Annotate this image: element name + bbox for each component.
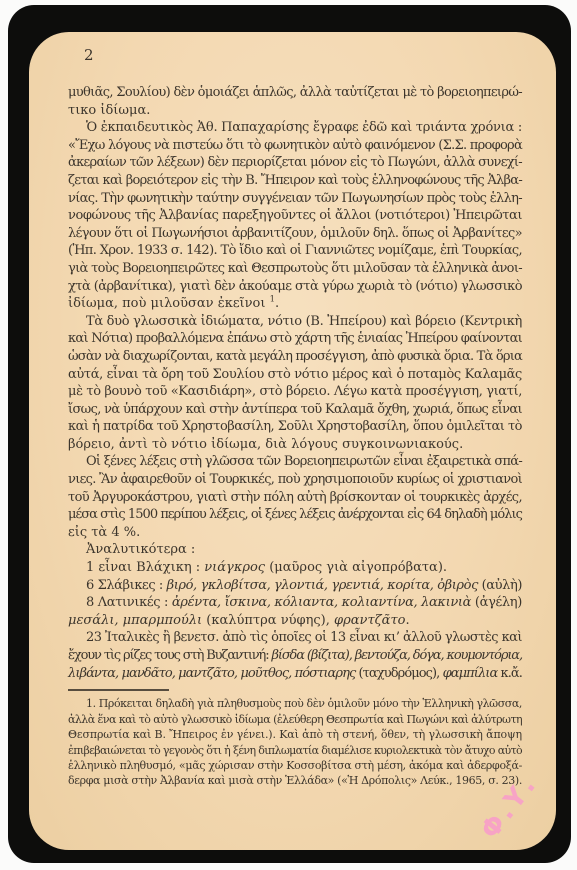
text-line: τικο ἰδίωμα.	[68, 102, 522, 120]
text-line: ἔχουν τὶς ρίζες τους στὴ Βυζαντινή: βίσδ…	[68, 647, 522, 665]
text-line: καὶ Νότια) προβαλλόμενα ἐπάνω στὸ χάρτη …	[68, 330, 522, 348]
text-line: μέσα στὶς 1500 περίπου λέξεις, οἱ ξένες …	[68, 506, 522, 524]
text-line: δερφα μισὰ στὴν Ἀλβανία καὶ μισὰ στὴν Ἑλ…	[68, 773, 522, 788]
text-line: γιὰ τοὺς Βορειοηπειρῶτες καὶ Θεσπρωτοὺς …	[68, 260, 522, 278]
text-line: 23 Ἰταλικὲς ἢ βενετσ. ἀπὸ τὶς ὁποῖες οἱ …	[68, 629, 522, 647]
text-line: μυθιᾶς, Σουλίου) δὲν ὁμοιάζει ἁπλῶς, ἀλλ…	[68, 84, 522, 102]
text-line: νίας. Τὴν φωνητικὴν ταύτην συγγένειαν τῶ…	[68, 190, 522, 208]
text-line: νιες. Ἂν ἀφαιρεθοῦν οἱ Τουρκικές, ποὺ χρ…	[68, 471, 522, 489]
text-line: ἀλλὰ ἕνα καὶ τὸ αὐτὸ γλωσσικὸ ἰδίωμα (ἐλ…	[68, 712, 522, 727]
page-number: 2	[84, 46, 556, 64]
book-page: 2 μυθιᾶς, Σουλίου) δὲν ὁμοιάζει ἁπλῶς, ἀ…	[29, 32, 556, 850]
text-line: μὲ τὸ βουνὸ τοῦ «Κασιδιάρη», στὸ βόρειο.…	[68, 383, 522, 401]
text-line: «Ἔχω λόγους νὰ πιστεύω ὅτι τὸ φωνητικὸν …	[68, 137, 522, 155]
text-line: ὡσὰν νὰ διαχωρίζονται, κατὰ μεγάλη προσέ…	[68, 348, 522, 366]
photo-backdrop: 2 μυθιᾶς, Σουλίου) δὲν ὁμοιάζει ἁπλῶς, ἀ…	[8, 5, 571, 863]
text-line: 1. Πρόκειται δηλαδὴ γιὰ πληθυσμοὺς ποὺ δ…	[68, 696, 522, 711]
text-line: Θεσπρωτία καὶ Β. Ἤπειρος ἐν γένει.). Καὶ…	[68, 727, 522, 742]
text-line: καὶ ἡ πατρίδα τοῦ Χρηστοβασίλη, Σοῦλι Χρ…	[68, 418, 522, 436]
text-line: εἰς τὰ 4 %.	[68, 524, 522, 542]
text-line: ἐπιβεβαιώνεται τὸ γεγονὸς ὅτι ἡ ξένη διπ…	[68, 743, 522, 758]
text-line: αὐτά, εἶναι τὰ ὄρη τοῦ Σουλίου στὸ νότιο…	[68, 366, 522, 384]
text-line: 8 Λατινικές : ἀρέντα, ἴσκινα, κόλιαντα, …	[68, 594, 522, 612]
text-line: (Ἠπ. Χρον. 1933 σ. 142). Τὸ ἴδιο καὶ οἱ …	[68, 242, 522, 260]
text-line: Οἱ ξένες λέξεις στὴ γλῶσσα τῶν Βορειοηπε…	[68, 453, 522, 471]
text-line: ἀκεραίων τῶν λέξεων) δὲν περιορίζεται μό…	[68, 154, 522, 172]
text-line: ἴσως, νὰ ὑπάρχουν καὶ στὴν ἀντίπερα τοῦ …	[68, 401, 522, 419]
text-line: λιβάντα, μανδᾶτο, μαντζᾶτο, μοῦτθος, πόσ…	[68, 665, 522, 683]
text-line: λέγουν ὅτι οἱ Πωγωνήσιοι ἀρβανιτίζουν, ὁ…	[68, 225, 522, 243]
text-line: ἑλληνικὸ πληθυσμό, «μᾶς χώρισαν στὴν Κοσ…	[68, 758, 522, 773]
text-line: βόρειο, ἀντὶ τὸ νότιο ἰδίωμα, διὰ λόγους…	[68, 436, 522, 454]
text-line: μεσάλι, μπαρμπούλι (καλύπτρα νύφης), φρα…	[68, 612, 522, 630]
text-line: χτὰ (ἀρβανίτικα), γιατὶ δὲν ἀκούαμε στὰ …	[68, 278, 522, 296]
text-line: 6 Σλάβικες : βιρό, γκλοβίτσα, γλοντιά, γ…	[68, 577, 522, 595]
text-line: Ἀναλυτικότερα :	[68, 541, 522, 559]
text-line: ζεται καὶ βορειότερον εἰς τὴν Β. Ἤπειρον…	[68, 172, 522, 190]
footnote-block: 1. Πρόκειται δηλαδὴ γιὰ πληθυσμοὺς ποὺ δ…	[68, 696, 522, 789]
text-line: Ὁ ἐκπαιδευτικὸς Ἀθ. Παπαχαρίσης ἔγραφε ἐ…	[68, 119, 522, 137]
text-line: ἰδίωμα, ποὺ μιλοῦσαν ἐκεῖνοι 1.	[68, 295, 522, 313]
main-text-block: μυθιᾶς, Σουλίου) δὲν ὁμοιάζει ἁπλῶς, ἀλλ…	[68, 84, 522, 682]
text-line: 1 εἶναι Βλάχικη : νιάγκρος (μαῦρος γιὰ α…	[68, 559, 522, 577]
text-line: τοῦ Ἀργυροκάστρου, γιατὶ στὴν πόλη αὐτὴ …	[68, 489, 522, 507]
text-line: νοφώνους τῆς Ἀλβανίας παρεξηγοῦντες οἱ ἄ…	[68, 207, 522, 225]
footnote-separator-rule	[68, 689, 169, 691]
text-line: Τὰ δυὸ γλωσσικὰ ἰδιώματα, νότιο (Β. Ἠπεί…	[68, 313, 522, 331]
